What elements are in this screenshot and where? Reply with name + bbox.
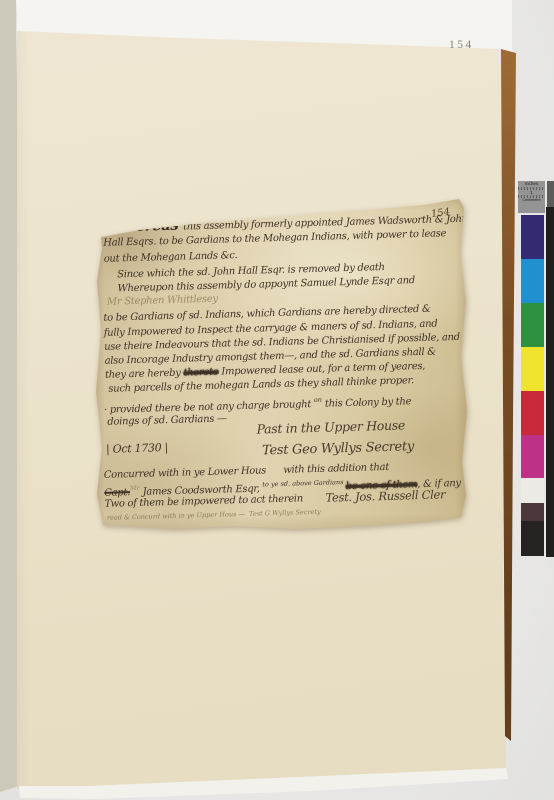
color-patch-yellow [521,347,544,391]
color-patch-white [521,478,544,503]
inserted-word: on [314,396,322,404]
archival-photo: 154 154 Whereas this assembly formerly a… [0,0,554,800]
color-patch-magenta [521,435,544,478]
color-patch-black [521,521,544,556]
struck-word: thereto [183,367,218,379]
color-patch-indigo [521,215,544,259]
printed-folio-number: 154 [449,39,474,51]
struck-word: Capt. [104,487,130,499]
manuscript-line-proviso: · provided there be not any charge broug… [104,393,412,416]
color-patch-green [521,303,544,347]
ruler-centimetre-label: Centimetre [518,198,545,203]
wyllys-attestation: Test Geo Wyllys Secrety [262,439,414,458]
manuscript-line: out the Mohegan Lands &c. [104,250,238,265]
line-text: this Colony by the [322,396,411,409]
color-patch-red [521,391,544,435]
inserted-phrase: to ye sd. above Gardians [262,478,345,488]
color-bar-side-strip [546,207,554,557]
ruler-patch: Inches 1 Centimetre [518,181,545,213]
color-patch-maroon [521,503,544,521]
passed-upper-house: Past in the Upper House [256,417,405,436]
manuscript-document: 154 Whereas this assembly formerly appoi… [95,196,469,532]
date-oct-1730: | Oct 1730 | [106,441,168,456]
whereas-initial-word: Whereas [109,216,179,236]
upper-house-concurrence-note: read & Concurd with in ye Upper Hous — T… [107,508,321,522]
manuscript-paper: 154 Whereas this assembly formerly appoi… [95,196,469,532]
manuscript-text-block: Whereas this assembly formerly appointed… [95,196,469,532]
russell-attestation: Test. Jos. Russell Cler [325,487,445,504]
manuscript-line-inserted-name: Mr Stephen Whittlesey [107,294,218,308]
manuscript-line: doings of sd. Gardians — [107,413,227,427]
color-patch-blue [521,259,544,303]
line-text: they are hereby [105,368,184,381]
